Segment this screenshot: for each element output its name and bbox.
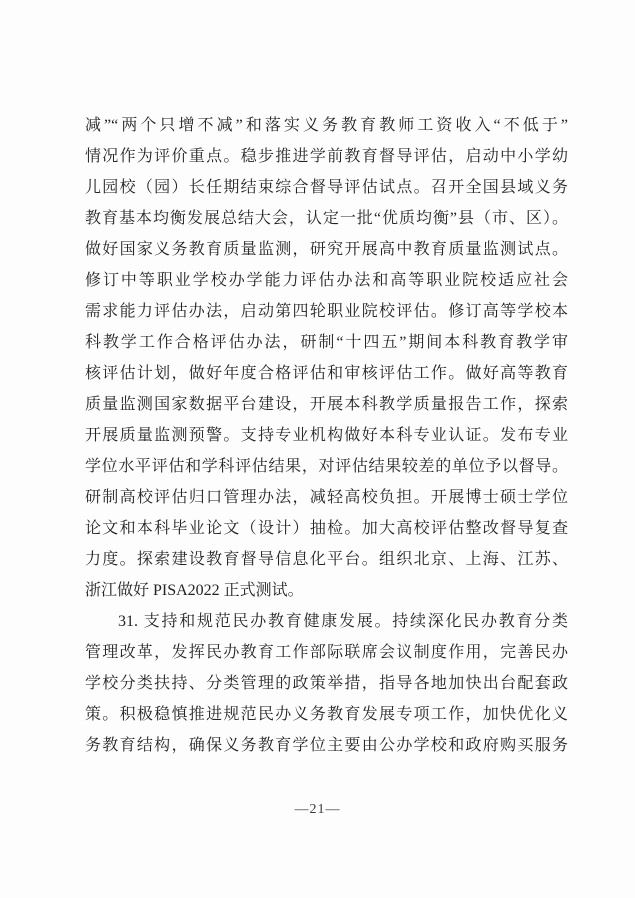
text-line: 科教学工作合格评估办法，研制“十四五”期间本科教育教学审 [85,327,568,358]
text-line: 管理改革，发挥民办教育工作部际联席会议制度作用，完善民办 [85,637,568,668]
text-line: 情况作为评价重点。稳步推进学前教育督导评估，启动中小学幼 [85,141,568,172]
text-line: 质量监测国家数据平台建设，开展本科教学质量报告工作，探索 [85,389,568,420]
page-number: —21— [0,800,635,820]
document-page: 减”“两个只增不减”和落实义务教育教师工资收入“不低于”情况作为评价重点。稳步推… [0,0,635,898]
text-line: 核评估计划，做好年度合格评估和审核评估工作。做好高等教育 [85,358,568,389]
text-line: 开展质量监测预警。支持专业机构做好本科专业认证。发布专业 [85,420,568,451]
text-line: 论文和本科毕业论文（设计）抽检。加大高校评估整改督导复查 [85,513,568,544]
text-line: 需求能力评估办法，启动第四轮职业院校评估。修订高等学校本 [85,296,568,327]
text-line: 儿园校（园）长任期结束综合督导评估试点。召开全国县域义务 [85,172,568,203]
text-line: 教育基本均衡发展总结大会，认定一批“优质均衡”县（市、区）。 [85,203,568,234]
text-line: 力度。探索建设教育督导信息化平台。组织北京、上海、江苏、 [85,544,568,575]
text-line: 减”“两个只增不减”和落实义务教育教师工资收入“不低于” [85,110,568,141]
text-line: 浙江做好 PISA2022 正式测试。 [85,575,568,606]
text-line: 修订中等职业学校办学能力评估办法和高等职业院校适应社会 [85,265,568,296]
text-line: 学位水平评估和学科评估结果，对评估结果较差的单位予以督导。 [85,451,568,482]
text-line: 31. 支持和规范民办教育健康发展。持续深化民办教育分类 [85,606,568,637]
text-line: 做好国家义务教育质量监测，研究开展高中教育质量监测试点。 [85,234,568,265]
text-line: 研制高校评估归口管理办法，减轻高校负担。开展博士硕士学位 [85,482,568,513]
body-text: 减”“两个只增不减”和落实义务教育教师工资收入“不低于”情况作为评价重点。稳步推… [85,110,568,761]
text-line: 学校分类扶持、分类管理的政策举措，指导各地加快出台配套政 [85,668,568,699]
text-line: 务教育结构，确保义务教育学位主要由公办学校和政府购买服务 [85,730,568,761]
text-line: 策。积极稳慎推进规范民办义务教育发展专项工作，加快优化义 [85,699,568,730]
